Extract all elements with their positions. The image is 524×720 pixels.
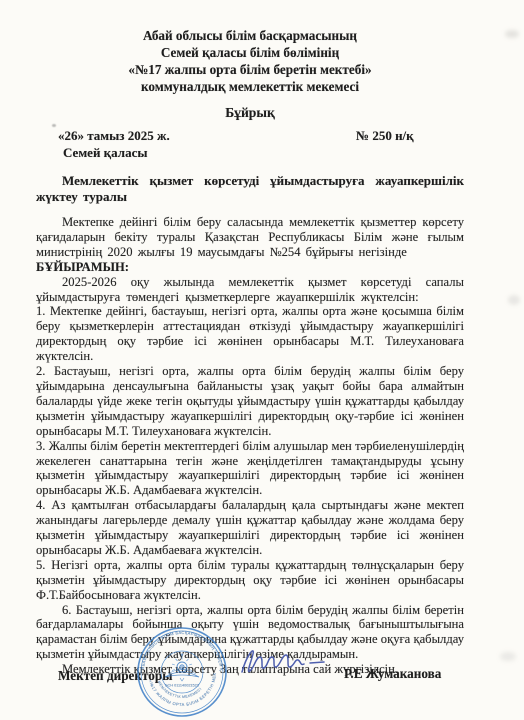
document-header: Абай облысы білім басқармасының Семей қа… bbox=[36, 27, 464, 95]
handwritten-signature bbox=[238, 642, 340, 680]
header-line-department: Семей қаласы білім бөлімінің bbox=[36, 44, 464, 61]
document-date: «26» тамыз 2025 ж. bbox=[58, 128, 170, 144]
order-item-2: 2. Бастауыш, негізгі орта, жалпы орта бі… bbox=[36, 364, 464, 439]
stamp-ring-text-top: АБАЙ ОБЛЫСЫ БІЛІМ БАСҚАРМАСЫНЫҢ СЕМЕЙ ҚА… bbox=[135, 625, 224, 671]
order-item-1: 1. Мектепке дейінгі, бастауыш, негізгі о… bbox=[36, 304, 464, 364]
header-line-authority: Абай облысы білім басқармасының bbox=[36, 27, 464, 44]
document-number: № 250 н/қ bbox=[356, 128, 414, 144]
document-city: Семей қаласы bbox=[36, 145, 464, 161]
intro-paragraph: 2025-2026 оқу жылында мемлекеттік қызмет… bbox=[36, 275, 464, 305]
header-line-institution: коммуналдық мемлекеттік мекемесі bbox=[36, 78, 464, 95]
header-line-school: «№17 жалпы орта білім беретін мектебі» bbox=[36, 61, 464, 78]
scan-artifact bbox=[52, 124, 56, 127]
document-body: Мектепке дейінгі білім беру саласында ме… bbox=[36, 215, 464, 677]
scan-artifact bbox=[500, 652, 516, 661]
signer-name: Р.Е Жумаканова bbox=[344, 666, 441, 682]
scanned-order-document: Абай облысы білім басқармасының Семей қа… bbox=[0, 0, 524, 720]
document-type-title: Бұйрық bbox=[36, 105, 464, 121]
scan-artifact bbox=[505, 30, 519, 38]
order-item-3: 3. Жалпы білім беретін мектептердегі біл… bbox=[36, 439, 464, 499]
stamp-bin-number: БСН 011140021523 bbox=[165, 684, 199, 688]
stamp-emblem bbox=[165, 654, 199, 681]
svg-text:АБАЙ ОБЛЫСЫ БІЛІМ БАСҚАРМАСЫНЫ: АБАЙ ОБЛЫСЫ БІЛІМ БАСҚАРМАСЫНЫҢ СЕМЕЙ ҚА… bbox=[135, 625, 224, 671]
order-item-5: 5. Негізгі орта, жалпы орта білім туралы… bbox=[36, 558, 464, 603]
preamble-paragraph: Мектепке дейінгі білім беру саласында ме… bbox=[36, 215, 464, 260]
official-stamp: АБАЙ ОБЛЫСЫ БІЛІМ БАСҚАРМАСЫНЫҢ СЕМЕЙ ҚА… bbox=[135, 625, 229, 719]
document-subject: Мемлекеттік қызмет көрсетуді ұйымдастыру… bbox=[36, 173, 464, 205]
order-item-4: 4. Аз қамтылған отбасылардағы балалардың… bbox=[36, 498, 464, 558]
order-word: БҰЙЫРАМЫН: bbox=[36, 260, 464, 275]
scan-artifact bbox=[508, 295, 520, 305]
document-meta-row: «26» тамыз 2025 ж. № 250 н/қ bbox=[36, 128, 464, 144]
